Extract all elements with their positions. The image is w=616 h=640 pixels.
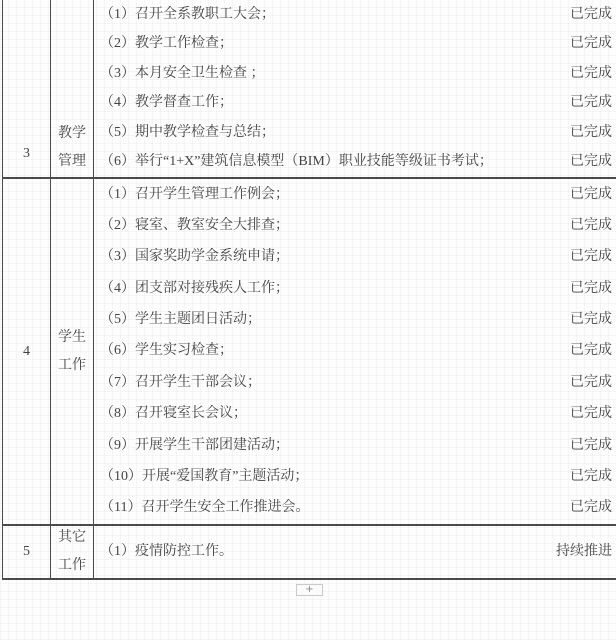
task-text: （5）学生主题团日活动； <box>100 311 261 329</box>
section-items: （1）召开全系教职工大会；已完成（2）教学工作检查；已完成（3）本月安全卫生检查… <box>94 0 616 177</box>
task-text: （11）召开学生安全工作推进会。 <box>100 499 309 517</box>
section-category-cell: 教学管理 <box>51 0 94 177</box>
task-status: 已完成 <box>562 124 612 142</box>
task-status: 已完成 <box>562 405 612 423</box>
task-row: （6）举行“1+X”建筑信息模型（BIM）职业技能等级证书考试；已完成 <box>100 153 612 171</box>
task-status: 持续推进 <box>548 543 612 561</box>
task-text: （3）国家奖助学金系统申请； <box>100 248 289 266</box>
section-number: 4 <box>3 179 51 524</box>
task-text: （9）开展学生干部团建活动； <box>100 437 289 455</box>
task-row: （11）召开学生安全工作推进会。已完成 <box>100 499 612 517</box>
task-text: （10）开展“爱国教育”主题活动； <box>100 468 308 486</box>
task-text: （7）召开学生干部会议； <box>100 374 261 392</box>
task-status: 已完成 <box>562 437 612 455</box>
section-category-label: 其它工作 <box>58 524 87 580</box>
task-row: （3）国家奖助学金系统申请；已完成 <box>100 248 612 266</box>
task-row: （2）寝室、教室安全大排查；已完成 <box>100 217 612 235</box>
section-category-cell: 学生工作 <box>51 179 94 524</box>
task-row: （1）召开学生管理工作例会；已完成 <box>100 186 612 204</box>
task-row: （7）召开学生干部会议；已完成 <box>100 374 612 392</box>
table-section: 4学生工作（1）召开学生管理工作例会；已完成（2）寝室、教室安全大排查；已完成（… <box>3 177 616 524</box>
table-section: 5其它工作（1）疫情防控工作。持续推进 <box>3 524 616 578</box>
section-category-label: 教学管理 <box>58 120 87 176</box>
task-status: 已完成 <box>562 499 612 517</box>
section-items: （1）召开学生管理工作例会；已完成（2）寝室、教室安全大排查；已完成（3）国家奖… <box>94 179 616 524</box>
task-row: （9）开展学生干部团建活动；已完成 <box>100 437 612 455</box>
task-status: 已完成 <box>562 94 612 112</box>
task-status: 已完成 <box>562 217 612 235</box>
task-row: （1）疫情防控工作。持续推进 <box>100 543 612 561</box>
task-row: （5）学生主题团日活动；已完成 <box>100 311 612 329</box>
task-text: （6）举行“1+X”建筑信息模型（BIM）职业技能等级证书考试； <box>100 153 493 171</box>
document-page: 3教学管理（1）召开全系教职工大会；已完成（2）教学工作检查；已完成（3）本月安… <box>0 0 616 640</box>
task-status: 已完成 <box>562 153 612 171</box>
section-category-label: 学生工作 <box>58 324 87 380</box>
task-status: 已完成 <box>562 248 612 266</box>
task-text: （2）教学工作检查； <box>100 35 233 53</box>
add-row-button[interactable]: + <box>296 584 323 596</box>
task-row: （4）团支部对接残疾人工作；已完成 <box>100 280 612 298</box>
task-row: （3）本月安全卫生检查 ；已完成 <box>100 65 612 83</box>
task-row: （4）教学督查工作；已完成 <box>100 94 612 112</box>
task-status: 已完成 <box>562 186 612 204</box>
task-status: 已完成 <box>562 374 612 392</box>
task-status: 已完成 <box>562 6 612 24</box>
task-status: 已完成 <box>562 311 612 329</box>
task-row: （10）开展“爱国教育”主题活动；已完成 <box>100 468 612 486</box>
section-category-cell: 其它工作 <box>51 526 94 578</box>
task-text: （5）期中教学检查与总结； <box>100 124 275 142</box>
task-status: 已完成 <box>562 280 612 298</box>
task-text: （4）教学督查工作； <box>100 94 233 112</box>
task-row: （6）学生实习检查；已完成 <box>100 342 612 360</box>
task-status: 已完成 <box>562 342 612 360</box>
section-number: 5 <box>3 526 51 578</box>
section-items: （1）疫情防控工作。持续推进 <box>94 526 616 578</box>
task-row: （1）召开全系教职工大会；已完成 <box>100 6 612 24</box>
task-row: （5）期中教学检查与总结；已完成 <box>100 124 612 142</box>
task-text: （4）团支部对接残疾人工作； <box>100 280 289 298</box>
plus-icon: + <box>305 585 313 595</box>
task-text: （1）疫情防控工作。 <box>100 543 233 561</box>
section-number: 3 <box>3 0 51 177</box>
table-section: 3教学管理（1）召开全系教职工大会；已完成（2）教学工作检查；已完成（3）本月安… <box>3 0 616 177</box>
task-text: （1）召开全系教职工大会； <box>100 6 275 24</box>
task-text: （2）寝室、教室安全大排查； <box>100 217 289 235</box>
task-text: （1）召开学生管理工作例会； <box>100 186 289 204</box>
work-report-table: 3教学管理（1）召开全系教职工大会；已完成（2）教学工作检查；已完成（3）本月安… <box>2 0 616 580</box>
task-text: （6）学生实习检查； <box>100 342 233 360</box>
task-status: 已完成 <box>562 468 612 486</box>
task-row: （2）教学工作检查；已完成 <box>100 35 612 53</box>
task-row: （8）召开寝室长会议；已完成 <box>100 405 612 423</box>
task-text: （3）本月安全卫生检查 ； <box>100 65 265 83</box>
task-status: 已完成 <box>562 35 612 53</box>
task-text: （8）召开寝室长会议； <box>100 405 247 423</box>
task-status: 已完成 <box>562 65 612 83</box>
